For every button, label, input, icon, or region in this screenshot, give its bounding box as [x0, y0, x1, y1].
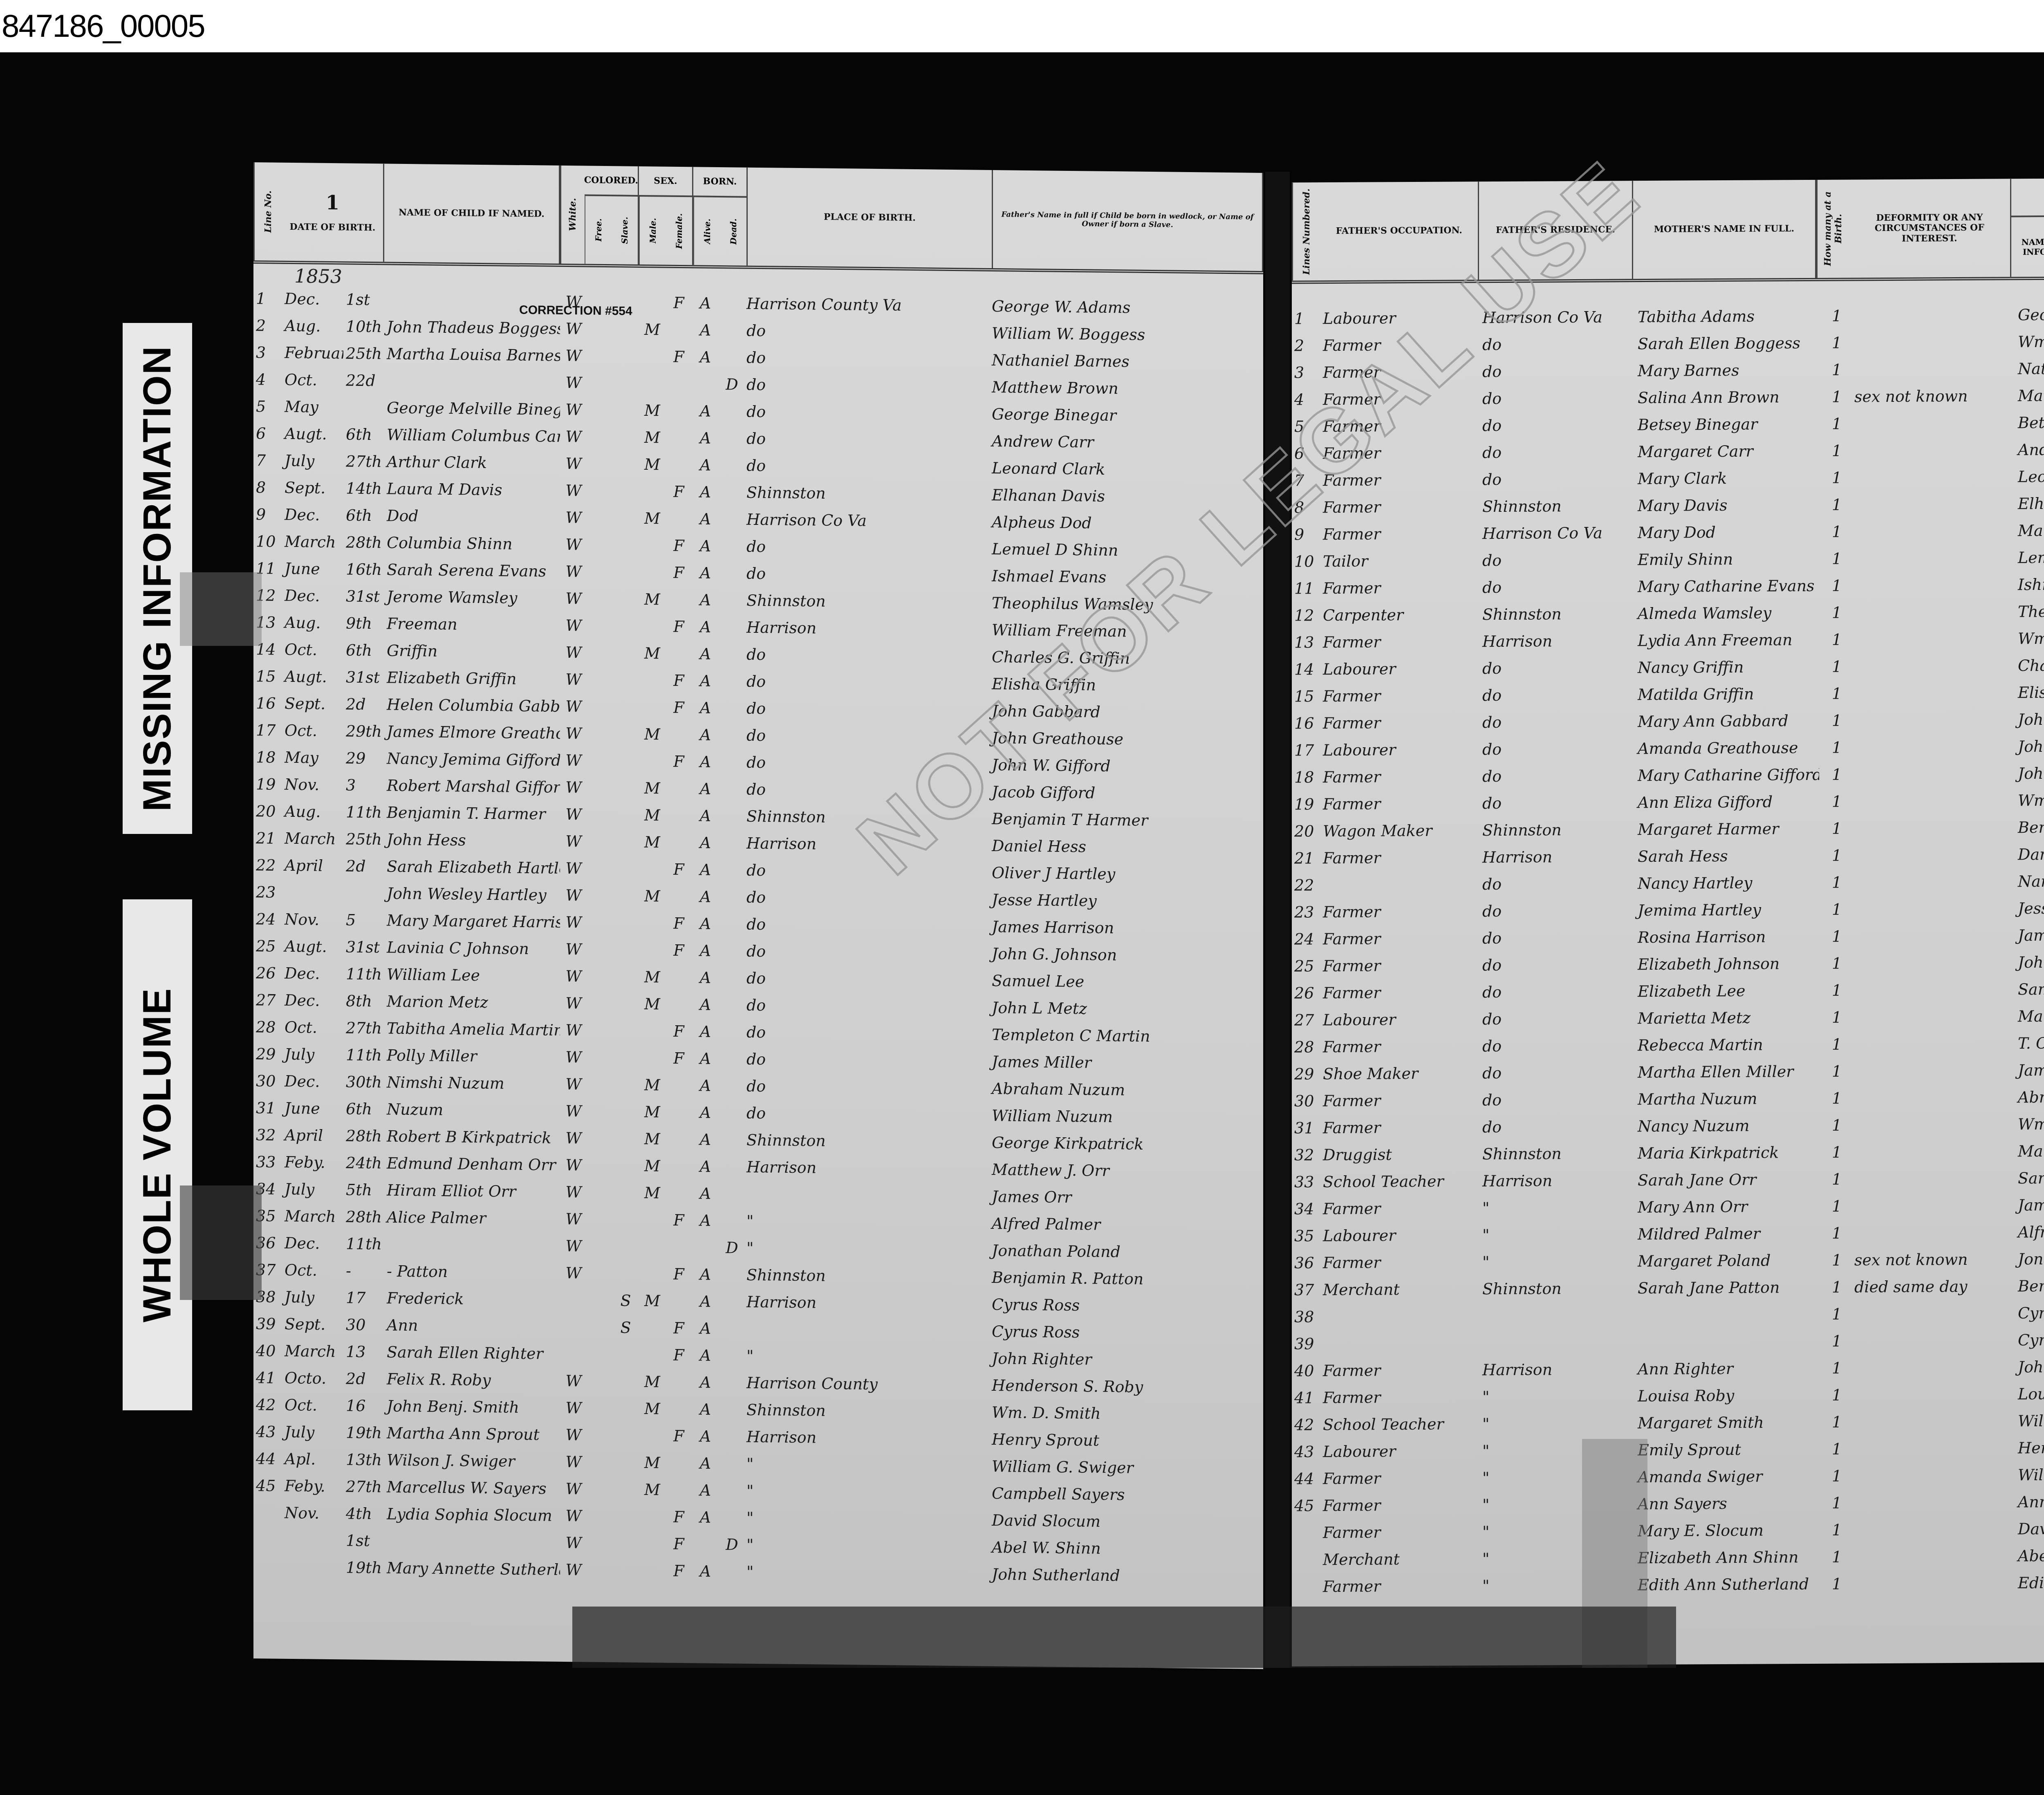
cell-count: 1	[1819, 1494, 1852, 1512]
cell-residence: do	[1480, 416, 1635, 435]
cell-day: 28th	[343, 533, 384, 551]
cell-day: 29	[343, 749, 384, 767]
cell-month: Aug.	[282, 802, 343, 821]
cell-residence: "	[1480, 1414, 1635, 1433]
cell-female	[664, 1004, 691, 1005]
cell-free	[585, 1327, 611, 1328]
cell-alive: A	[691, 1400, 717, 1419]
cell-white	[560, 1354, 585, 1354]
cell-no: 1	[253, 289, 282, 308]
cell-male: M	[638, 320, 664, 339]
cell-occupation: Carpenter	[1320, 605, 1480, 624]
cell-mother: Matilda Griffin	[1635, 685, 1819, 704]
cell-name: John Wesley Hartley	[384, 884, 560, 904]
header-how-many: How many at a Birth.	[1816, 179, 1849, 278]
cell-mother: Margaret Smith	[1635, 1413, 1819, 1432]
cell-free	[585, 1489, 611, 1490]
cell-mother: Mary Clark	[1635, 469, 1819, 488]
cell-count: 1	[1819, 873, 1852, 891]
cell-slave	[611, 1138, 638, 1139]
cell-female	[664, 1301, 691, 1302]
cell-male	[638, 707, 664, 708]
cell-place: Shinnston	[744, 1401, 989, 1421]
cell-male	[638, 626, 664, 627]
cell-count: 1	[1819, 1467, 1852, 1485]
ledger-row: 12CarpenterShinnstonAlmeda Wamsley1Theop…	[1292, 596, 2044, 629]
cell-male	[638, 761, 664, 762]
cell-notes	[1852, 423, 2015, 424]
cell-residence: Shinnston	[1480, 1144, 1635, 1163]
cell-residence: do	[1480, 901, 1635, 920]
cell-name: James Elmore Greathouse	[384, 722, 560, 742]
cell-residence: do	[1480, 874, 1635, 893]
cell-male: M	[638, 1400, 664, 1418]
cell-day: -	[343, 1262, 384, 1280]
cell-notes	[1852, 908, 2015, 909]
cell-slave	[611, 518, 638, 518]
cell-father: John L Metz	[989, 999, 1263, 1020]
cell-residence: do	[1480, 1009, 1635, 1028]
cell-dead	[717, 789, 744, 789]
cell-count: 1	[1819, 1008, 1852, 1026]
cell-no: 43	[253, 1423, 282, 1441]
cell-informant: John Righter	[2015, 1357, 2044, 1376]
right-header-row: Lines Numbered. FATHER'S OCCUPATION. FAT…	[1292, 177, 2044, 284]
cell-residence: do	[1480, 766, 1635, 785]
cell-dead	[717, 1221, 744, 1221]
cell-count: 1	[1819, 711, 1852, 729]
cell-notes	[1852, 1097, 2015, 1098]
cell-male: M	[638, 401, 664, 420]
cell-father: Henderson S. Roby	[989, 1376, 1263, 1397]
cell-name: Martha Louisa Barnes	[384, 345, 560, 365]
cell-father: Benjamin R. Patton	[989, 1268, 1263, 1289]
ledger-row: 381Cyrus RossOwner	[1292, 1298, 2044, 1330]
cell-day	[343, 407, 384, 408]
cell-female	[664, 1085, 691, 1086]
cell-count: 1	[1819, 334, 1852, 352]
cell-no: 5	[253, 397, 282, 416]
cell-place: "	[744, 1212, 989, 1233]
cell-father: William W. Boggess	[989, 324, 1263, 345]
cell-count: 1	[1819, 819, 1852, 837]
cell-notes	[1852, 450, 2015, 450]
cell-mother: Rebecca Martin	[1635, 1035, 1819, 1054]
cell-occupation: Labourer	[1320, 1226, 1480, 1245]
cell-white	[560, 1300, 585, 1300]
cell-free	[585, 1085, 611, 1085]
cell-name: Polly Miller	[384, 1046, 560, 1066]
cell-mother: Mary Catharine Evans	[1635, 577, 1819, 596]
cell-count: 1	[1819, 1386, 1852, 1404]
cell-male: M	[638, 1184, 664, 1202]
cell-notes	[1852, 1367, 2015, 1368]
cell-month: Oct.	[282, 722, 343, 740]
cell-notes	[1852, 746, 2015, 747]
cell-occupation: Farmer	[1320, 1577, 1480, 1596]
cell-father: John Righter	[989, 1349, 1263, 1370]
cell-count: 1	[1819, 361, 1852, 379]
cell-male	[638, 1220, 664, 1220]
cell-slave	[611, 1516, 638, 1517]
cell-informant: Abel W. Shinn	[2015, 1546, 2044, 1565]
cell-count: 1	[1819, 1116, 1852, 1134]
cell-free	[585, 734, 611, 734]
cell-male: M	[638, 1373, 664, 1391]
cell-alive: A	[691, 510, 717, 528]
cell-mother: Louisa Roby	[1635, 1386, 1819, 1405]
cell-month: July	[282, 1045, 343, 1064]
cell-informant: Cyrus Ross	[2015, 1330, 2044, 1349]
cell-father: John G. Johnson	[989, 945, 1263, 966]
cell-day: 30	[343, 1315, 384, 1334]
cell-male: M	[638, 833, 664, 852]
cell-count: 1	[1819, 1278, 1852, 1296]
cell-day	[343, 893, 384, 893]
cell-slave	[611, 1219, 638, 1220]
cell-no: 33	[1292, 1173, 1320, 1191]
header-line-no: Line No.	[253, 162, 282, 261]
cell-no: 14	[1292, 660, 1320, 678]
cell-residence: "	[1480, 1387, 1635, 1406]
cell-no: 31	[1292, 1119, 1320, 1137]
cell-day: 30th	[343, 1073, 384, 1091]
cell-dead	[717, 1302, 744, 1302]
cell-father: David Slocum	[989, 1511, 1263, 1532]
cell-month: Dec.	[282, 1072, 343, 1091]
cell-notes: sex not known	[1852, 387, 2015, 406]
cell-female	[664, 519, 691, 519]
cell-day: 2d	[343, 695, 384, 713]
cell-father: Abraham Nuzum	[989, 1080, 1263, 1100]
cell-notes	[1852, 719, 2015, 720]
cell-slave	[611, 1004, 638, 1004]
cell-day: 11th	[343, 803, 384, 821]
cell-white: W	[560, 940, 585, 959]
cell-free	[585, 1112, 611, 1112]
cell-mother: Mary Barnes	[1635, 361, 1819, 380]
cell-notes	[1852, 1583, 2015, 1584]
cell-dead	[717, 1571, 744, 1572]
cell-name	[384, 381, 560, 383]
cell-free	[585, 302, 611, 303]
cell-name: Lydia Sophia Slocum	[384, 1505, 560, 1525]
cell-female	[664, 465, 691, 465]
cell-slave	[611, 815, 638, 815]
cell-residence: do	[1480, 362, 1635, 381]
cell-alive: A	[691, 834, 717, 852]
cell-free	[585, 329, 611, 329]
cell-count: 1	[1819, 1089, 1852, 1107]
cell-no: 11	[1292, 579, 1320, 597]
cell-count: 1	[1819, 1440, 1852, 1458]
cell-father: Henry Sprout	[989, 1430, 1263, 1451]
cell-mother: Edith Ann Sutherland	[1635, 1575, 1819, 1594]
cell-free	[585, 1246, 611, 1247]
cell-occupation: Farmer	[1320, 1469, 1480, 1488]
cell-no: 4	[253, 370, 282, 389]
cell-alive: A	[691, 968, 717, 987]
cell-alive: A	[691, 780, 717, 798]
cell-dead	[717, 762, 744, 762]
cell-alive: A	[691, 1319, 717, 1338]
cell-alive: A	[691, 753, 717, 771]
cell-free	[585, 1516, 611, 1517]
cell-residence: Shinnston	[1480, 820, 1635, 839]
cell-father: Wm. D. Smith	[989, 1403, 1263, 1424]
cell-informant: Wm. Freeman	[2015, 629, 2044, 648]
cell-white: W	[560, 805, 585, 824]
cell-mother: Mary Ann Gabbard	[1635, 712, 1819, 731]
cell-count: 1	[1819, 495, 1852, 513]
cell-male: M	[638, 995, 664, 1013]
cell-count: 1	[1819, 927, 1852, 945]
cell-white: W	[560, 428, 585, 446]
cell-no: 42	[253, 1396, 282, 1414]
cell-notes	[1852, 1178, 2015, 1179]
cell-residence: do	[1480, 578, 1635, 596]
cell-no: 19	[253, 775, 282, 793]
cell-place: Harrison	[744, 1158, 989, 1179]
cell-father: Andrew Carr	[989, 432, 1263, 453]
cell-dead	[717, 951, 744, 951]
cell-occupation: Farmer	[1320, 1523, 1480, 1542]
cell-notes	[1852, 1205, 2015, 1206]
ledger-row: 24FarmerdoRosina Harrison1James Harrison…	[1292, 920, 2044, 952]
cell-informant: Marietta Metz	[2015, 1006, 2044, 1025]
cell-informant: Wm. Gifford	[2015, 791, 2044, 809]
cell-no: 35	[1292, 1227, 1320, 1245]
left-header-row: Line No. 1 DATE OF BIRTH. NAME OF CHILD …	[253, 162, 1263, 274]
cell-slave	[611, 680, 638, 680]
cell-residence: do	[1480, 1036, 1635, 1055]
cell-female	[664, 411, 691, 411]
cell-notes	[1852, 1124, 2015, 1125]
cell-informant: Leonard Clark	[2015, 467, 2044, 486]
cell-female	[664, 735, 691, 735]
cell-white: W	[560, 589, 585, 608]
ledger-row: 32DruggistShinnstonMaria Kirkpatrick1Mar…	[1292, 1136, 2044, 1168]
cell-free	[585, 1462, 611, 1463]
cell-white: W	[560, 1480, 585, 1498]
cell-alive	[691, 1544, 717, 1544]
cell-count: 1	[1819, 1521, 1852, 1539]
cell-residence: Harrison Co Va	[1480, 524, 1635, 542]
cell-occupation: Farmer	[1320, 1118, 1480, 1137]
cell-month: Octo.	[282, 1369, 343, 1388]
cell-place: do	[744, 403, 989, 423]
cell-residence: Harrison	[1480, 1360, 1635, 1379]
cell-informant: Elisha Griffin	[2015, 683, 2044, 701]
cell-dead	[717, 978, 744, 978]
cell-free	[585, 1543, 611, 1544]
cell-free	[585, 1435, 611, 1436]
cell-informant: Benjamin T Harmer	[2015, 818, 2044, 836]
cell-residence: do	[1480, 793, 1635, 812]
ledger-row: 25FarmerdoElizabeth Johnson1John G. John…	[1292, 947, 2044, 979]
ledger-row: 14LabourerdoNancy Griffin1Charles G. Gri…	[1292, 650, 2044, 683]
cell-father: William Nuzum	[989, 1107, 1263, 1127]
cell-count: 1	[1819, 765, 1852, 783]
cell-residence	[1480, 1315, 1635, 1316]
cell-dead	[717, 1517, 744, 1518]
cell-place: Harrison	[744, 1293, 989, 1313]
cell-female: F	[664, 618, 691, 636]
cell-notes	[1852, 531, 2015, 531]
cell-no: 34	[1292, 1200, 1320, 1218]
cell-dead	[717, 681, 744, 681]
cell-no: 9	[253, 505, 282, 524]
cell-mother: Amanda Greathouse	[1635, 739, 1819, 757]
cell-free	[585, 1381, 611, 1382]
cell-day: 6th	[343, 506, 384, 524]
cell-place: do	[744, 376, 989, 396]
cell-dead	[717, 357, 744, 358]
cell-place: Shinnston	[744, 1131, 989, 1152]
cell-count: 1	[1819, 684, 1852, 702]
cell-male: M	[638, 509, 664, 528]
cell-informant: Maria Kirkpatrick	[2015, 1141, 2044, 1160]
cell-name: Ann	[384, 1316, 560, 1336]
cell-white: W	[560, 1399, 585, 1417]
cell-count: 1	[1819, 388, 1852, 406]
ledger-row: 16FarmerdoMary Ann Gabbard1John GabbardF…	[1292, 704, 2044, 737]
header-born-group: BORN. Alive.Dead.	[693, 167, 748, 265]
cell-mother: Amanda Swiger	[1635, 1467, 1819, 1486]
cell-no: 16	[253, 694, 282, 713]
cell-female	[664, 896, 691, 897]
cell-male: M	[638, 806, 664, 825]
cell-occupation: Labourer	[1320, 740, 1480, 759]
cell-place: do	[744, 1104, 989, 1125]
cell-place: do	[744, 322, 989, 342]
cell-white: W	[560, 616, 585, 635]
cell-no: 29	[1292, 1065, 1320, 1083]
ledger-row: 10TailordoEmily Shinn1Lemuel D ShinnFath…	[1292, 542, 2044, 575]
cell-month: Feby.	[282, 1477, 343, 1496]
cell-no: 16	[1292, 714, 1320, 732]
cell-residence: "	[1480, 1225, 1635, 1244]
cell-no: 45	[1292, 1497, 1320, 1515]
cell-informant: James Orr	[2015, 1195, 2044, 1214]
cell-no: 45	[253, 1477, 282, 1495]
cell-name: Freeman	[384, 614, 560, 634]
cell-slave	[611, 1273, 638, 1274]
cell-father: Jonathan Poland	[989, 1241, 1263, 1262]
cell-alive: A	[691, 861, 717, 879]
cell-female	[664, 1490, 691, 1490]
cell-name: Benjamin T. Harmer	[384, 803, 560, 823]
cell-place: "	[744, 1347, 989, 1367]
cell-no: 44	[253, 1450, 282, 1468]
ledger-row: 41Farmer"Louisa Roby1Louisa RobyMother	[1292, 1379, 2044, 1411]
cell-occupation: School Teacher	[1320, 1172, 1480, 1191]
cell-day: 27th	[343, 1019, 384, 1037]
cell-informant: Wm. Nuzum	[2015, 1114, 2044, 1133]
cell-male: M	[638, 590, 664, 609]
cell-dead	[717, 654, 744, 654]
cell-month: Aug.	[282, 614, 343, 632]
cell-no: 26	[1292, 984, 1320, 1002]
cell-place: Harrison County Va	[744, 295, 989, 315]
cell-notes	[1852, 1043, 2015, 1044]
cell-count: 1	[1819, 1332, 1852, 1350]
cell-day: 31st	[343, 938, 384, 956]
cell-no: 23	[253, 883, 282, 901]
cell-no: 37	[1292, 1281, 1320, 1299]
cell-white: W	[560, 751, 585, 770]
cell-informant: Jonathan Poland	[2015, 1249, 2044, 1268]
cell-month: March	[282, 1207, 343, 1226]
cell-day: 16	[343, 1396, 384, 1415]
cell-dead: D	[717, 1535, 744, 1554]
cell-white: W	[560, 1129, 585, 1147]
cell-alive: A	[691, 1130, 717, 1149]
cell-male	[638, 1355, 664, 1355]
cell-occupation: Merchant	[1320, 1280, 1480, 1299]
header-place-of-birth: PLACE OF BIRTH.	[748, 168, 993, 268]
cell-place: do	[744, 888, 989, 909]
header-mothers-name: MOTHER'S NAME IN FULL.	[1633, 180, 1816, 279]
cell-no: 7	[253, 451, 282, 470]
cell-count: 1	[1819, 630, 1852, 648]
ledger-row: 27LabourerdoMarietta Metz1Marietta MetzM…	[1292, 1001, 2044, 1033]
cell-female: F	[664, 1508, 691, 1526]
cell-occupation: Farmer	[1320, 524, 1480, 543]
cell-name: William Lee	[384, 965, 560, 985]
cell-place: do	[744, 672, 989, 693]
cell-alive: A	[691, 1292, 717, 1311]
cell-male	[638, 923, 664, 923]
cell-alive: A	[691, 1427, 717, 1445]
cell-count: 1	[1819, 549, 1852, 567]
cell-day: 13	[343, 1342, 384, 1361]
cell-female: F	[664, 1319, 691, 1338]
cell-male: M	[638, 1481, 664, 1499]
cell-male	[638, 383, 664, 384]
cell-count: 1	[1819, 981, 1852, 999]
cell-no: 8	[253, 478, 282, 497]
cell-slave: S	[611, 1291, 638, 1310]
cell-alive: A	[691, 1049, 717, 1068]
cell-free	[585, 1031, 611, 1031]
cell-slave	[611, 1165, 638, 1166]
cell-name: Marion Metz	[384, 992, 560, 1012]
cell-count: 1	[1819, 522, 1852, 540]
cell-alive	[691, 384, 717, 384]
ledger-row: 44Farmer"Amanda Swiger1William G. Swiger…	[1292, 1460, 2044, 1492]
header-date-of-birth: 1 DATE OF BIRTH.	[282, 163, 384, 262]
cell-male: M	[638, 1130, 664, 1148]
cell-place: do	[744, 1023, 989, 1044]
cell-alive: A	[691, 1265, 717, 1284]
cell-month: May	[282, 398, 343, 417]
cell-residence: Harrison	[1480, 1171, 1635, 1190]
cell-alive	[691, 1247, 717, 1248]
cell-free	[585, 599, 611, 599]
cell-name: Nimshi Nuzum	[384, 1073, 560, 1093]
cell-free	[585, 869, 611, 869]
cell-day: 2d	[343, 1369, 384, 1388]
cell-mother: Tabitha Adams	[1635, 307, 1819, 326]
cell-alive: A	[691, 914, 717, 933]
cell-residence: Shinnston	[1480, 497, 1635, 515]
cell-informant: T. C. Martin	[2015, 1033, 2044, 1052]
cell-occupation: Farmer	[1320, 1253, 1480, 1272]
cell-slave	[611, 626, 638, 626]
cell-mother: Mary Davis	[1635, 496, 1819, 515]
cell-name: Elizabeth Griffin	[384, 668, 560, 688]
